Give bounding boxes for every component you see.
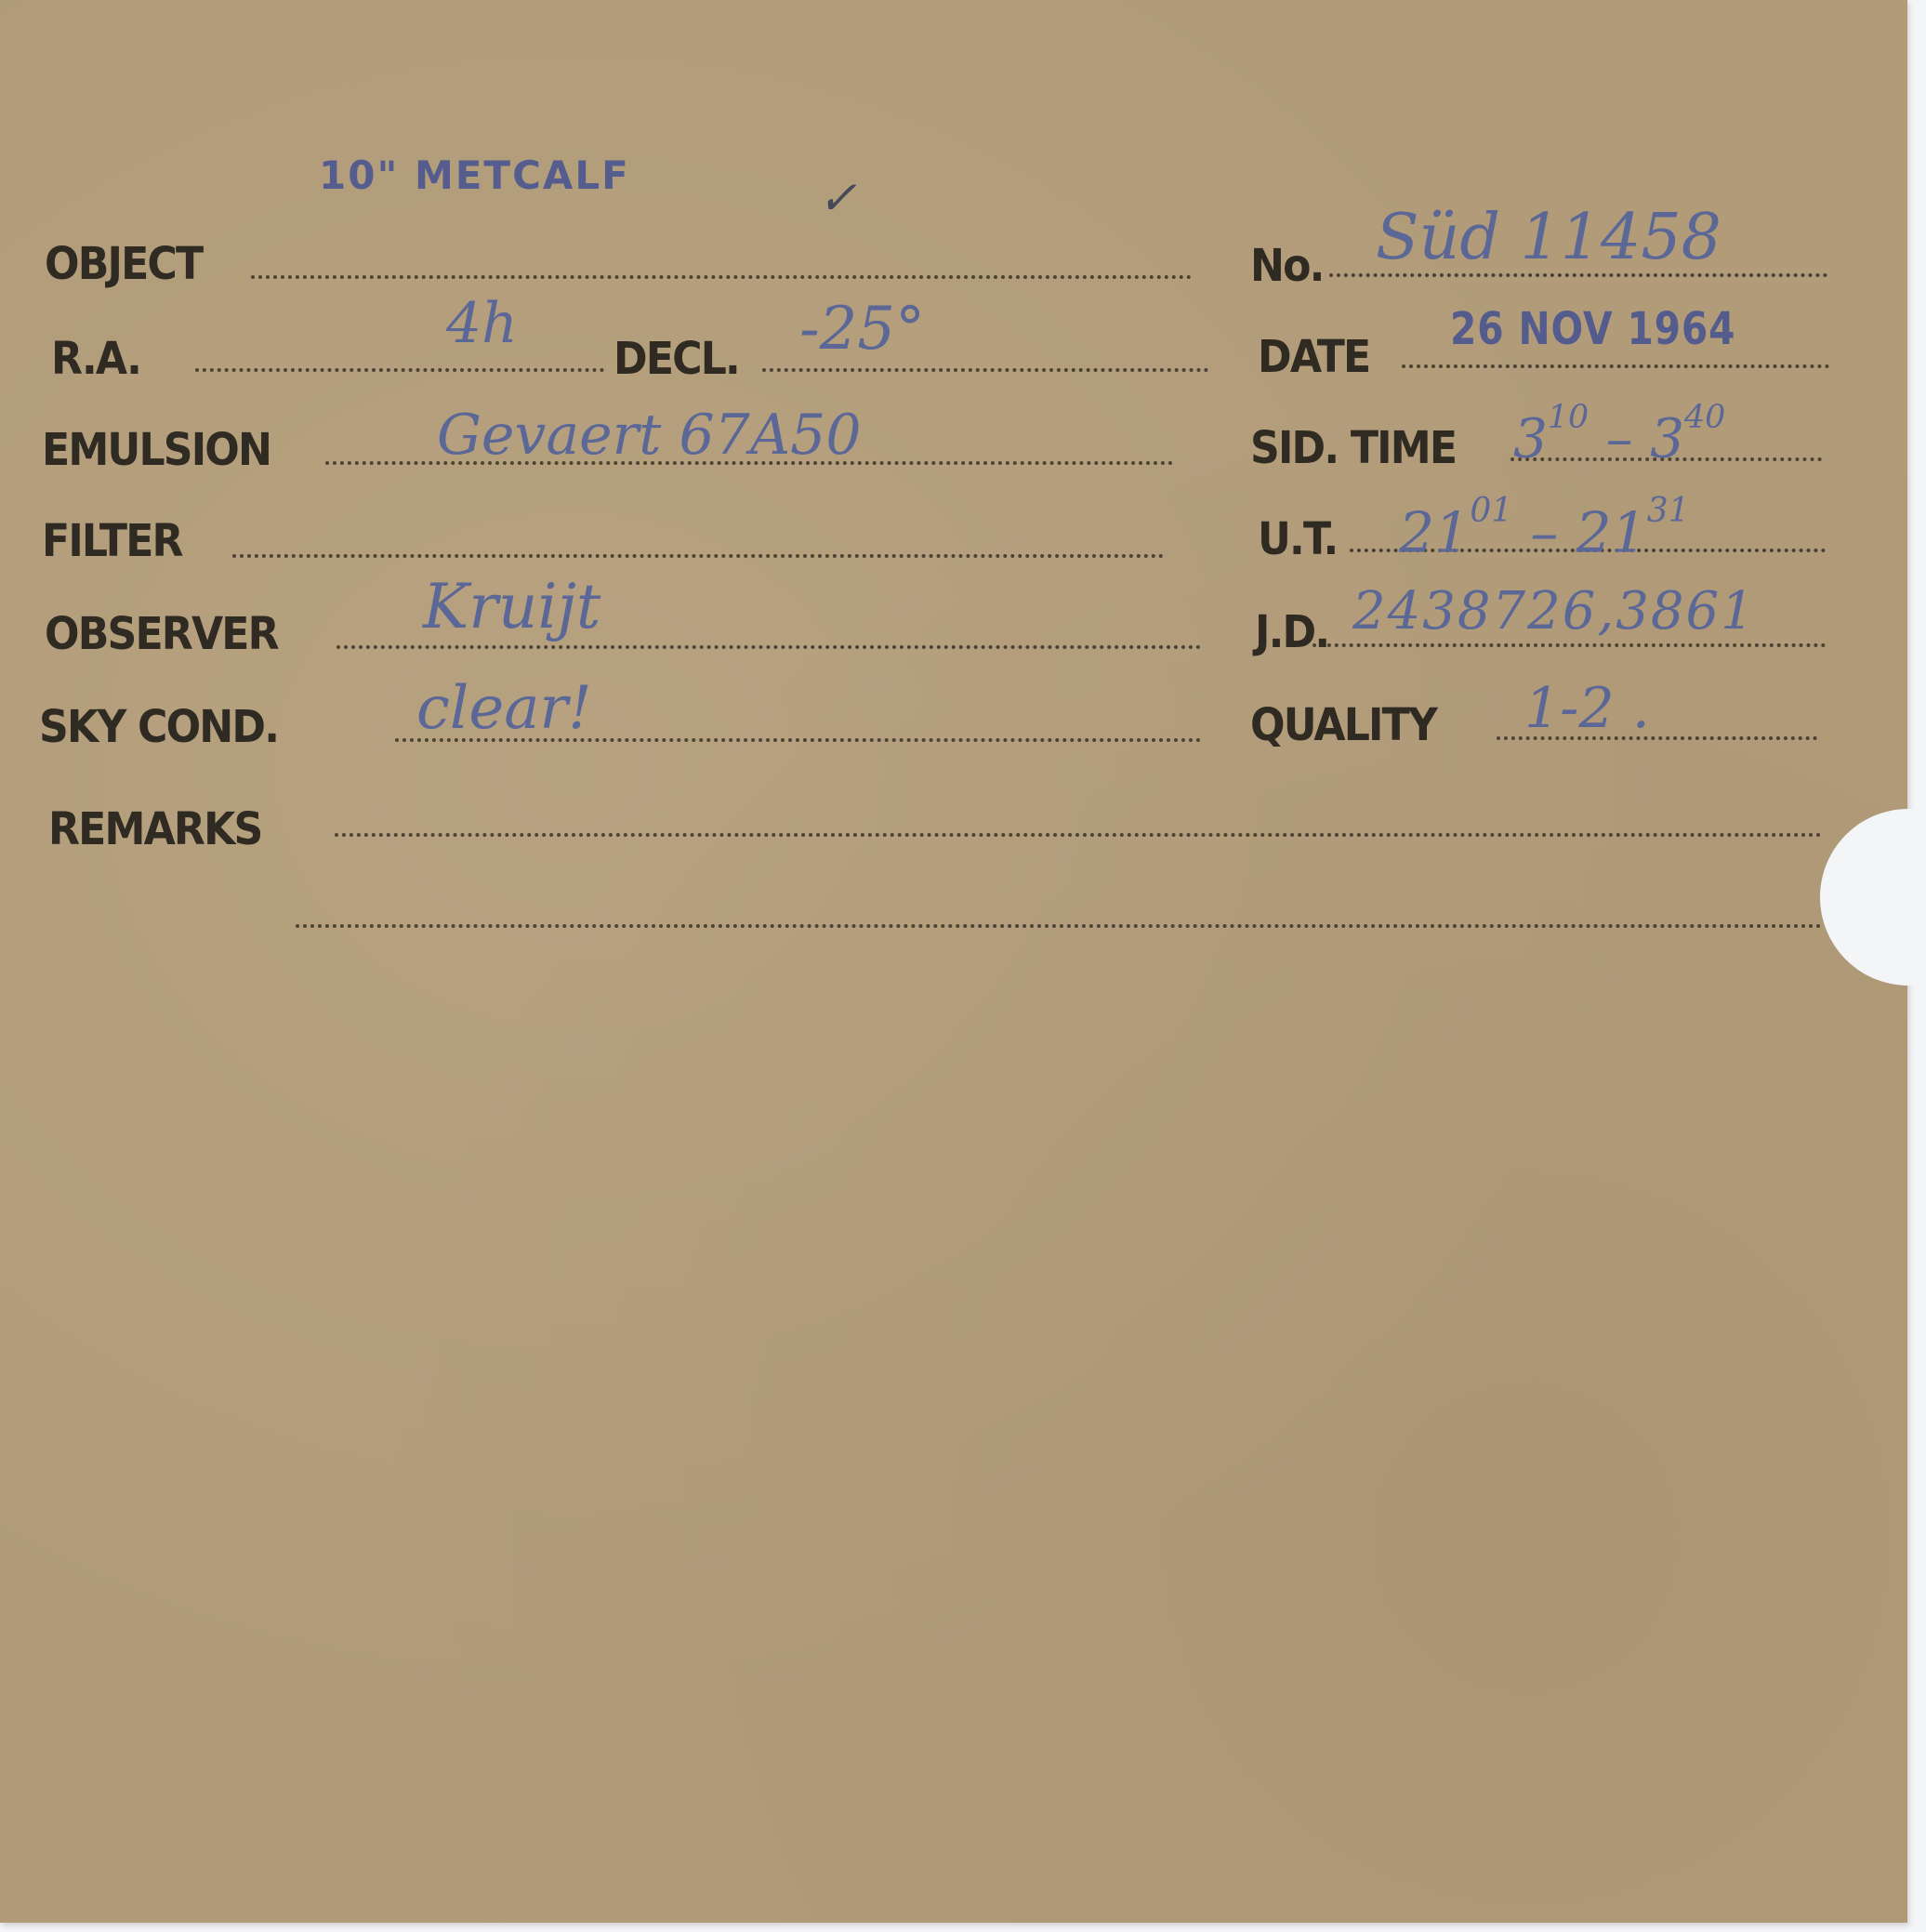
remarks-label: REMARKS: [48, 807, 261, 852]
filter-label: FILTER: [42, 519, 182, 563]
ra-label: R.A.: [51, 337, 140, 381]
observer-label: OBSERVER: [45, 612, 278, 656]
observer-value: Kruijt: [423, 576, 600, 638]
sid-time-label: SID. TIME: [1250, 426, 1456, 470]
quality-label: QUALITY: [1250, 703, 1436, 748]
sid-time-start-minutes: 10: [1548, 399, 1589, 436]
number-label: No.: [1250, 244, 1324, 288]
jd-field-line[interactable]: [1313, 643, 1826, 647]
telescope-stamp: 10" METCALF: [319, 156, 630, 195]
thumb-notch: [1820, 809, 1926, 986]
date-label: DATE: [1258, 335, 1369, 379]
ra-value: 4h: [446, 296, 518, 351]
object-field-line[interactable]: [251, 275, 1192, 279]
ra-field-line[interactable]: [195, 368, 604, 372]
ut-end-minutes: 31: [1647, 492, 1690, 530]
ut-value: 2101 – 2131: [1399, 495, 1690, 561]
ut-start-hours: 21: [1399, 500, 1470, 565]
jd-value: 2438726,3861: [1352, 586, 1756, 638]
date-stamp-value: 26 NOV 1964: [1450, 307, 1735, 351]
jd-label: J.D.: [1255, 610, 1328, 655]
emulsion-label: EMULSION: [42, 428, 270, 472]
sky-cond-label: SKY COND.: [39, 705, 278, 749]
check-mark-icon: ✓: [818, 175, 857, 221]
ut-separator: –: [1512, 500, 1576, 565]
sid-time-end-minutes: 40: [1684, 399, 1725, 436]
sid-time-start-hours: 3: [1513, 406, 1548, 470]
emulsion-value: Gevaert 67A50: [437, 407, 862, 463]
ut-start-minutes: 01: [1470, 492, 1512, 530]
observer-field-line[interactable]: [336, 645, 1201, 649]
decl-field-line[interactable]: [762, 368, 1208, 372]
sid-time-end-hours: 3: [1650, 406, 1684, 470]
remarks-field-line-2[interactable]: [296, 924, 1822, 928]
sid-time-value: 310 – 340: [1513, 402, 1725, 465]
plate-envelope: 10" METCALF ✓ OBJECT R.A. 4h DECL. -25° …: [0, 0, 1907, 1923]
decl-label: DECL.: [613, 337, 739, 381]
ut-label: U.T.: [1258, 517, 1337, 562]
decl-value: -25°: [799, 299, 925, 359]
sid-time-separator: –: [1589, 406, 1650, 470]
number-value: Süd 11458: [1376, 206, 1722, 270]
sky-cond-value: clear!: [416, 679, 592, 738]
remarks-field-line-1[interactable]: [335, 833, 1822, 837]
filter-field-line[interactable]: [232, 554, 1164, 558]
ut-end-hours: 21: [1576, 500, 1646, 565]
quality-value: 1-2 .: [1524, 681, 1650, 736]
object-label: OBJECT: [45, 242, 202, 286]
date-field-line[interactable]: [1402, 364, 1829, 368]
